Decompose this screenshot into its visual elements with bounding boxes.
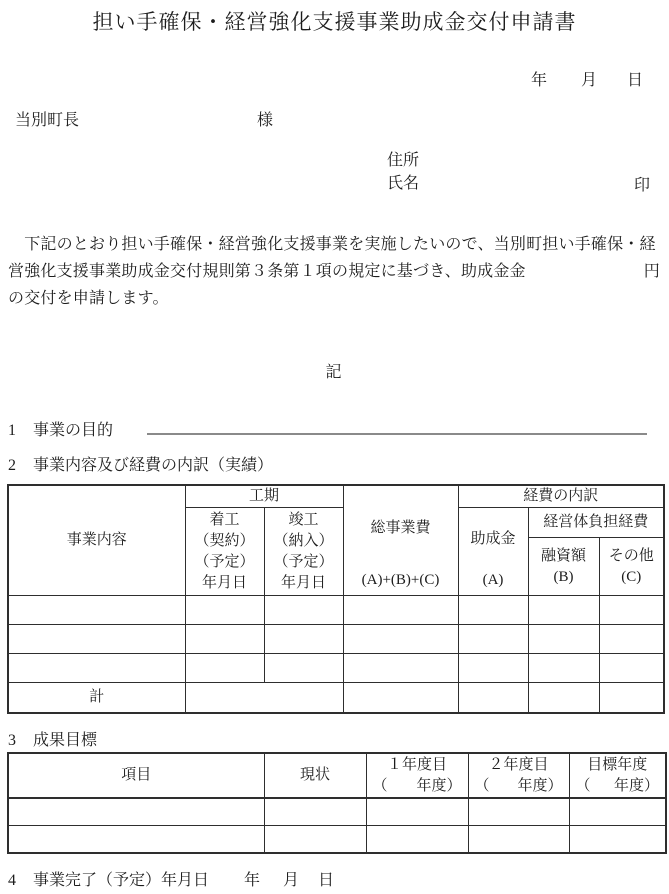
grant-code: (A) [460,570,527,591]
loan-code: (B) [530,567,598,588]
start-line-1: 着工 [187,510,263,531]
header-row-1: 事業内容 工期 総事業費 (A)+(B)+(C) 経費の内訳 [8,485,664,508]
table-row [8,625,664,654]
amount-unit-label: 円 [644,258,660,285]
other-label: その他 [601,546,663,567]
target-fiscal-blank: （ 年度） [571,776,665,797]
record-marker: 記 [0,359,669,382]
date-month-label: 月 [581,71,597,90]
other-code: (C) [601,567,663,588]
date-day-label: 日 [627,71,643,90]
header-project-description: 事業内容 [8,485,185,596]
body-line-2: 営強化支援事業助成金交付規則第３条第１項の規定に基づき、助成金金 円 [8,258,660,285]
total-cost-label: 総事業費 [345,489,457,569]
document-title: 担い手確保・経営強化支援事業助成金交付申請書 [0,6,669,36]
header-other: その他 (C) [599,538,664,596]
header-target-year: 目標年度 （ 年度） [569,753,666,798]
header-grant: 助成金 (A) [458,508,528,596]
body-line-3: の交付を申請します。 [8,285,660,312]
completion-year-label: 年 [244,871,260,890]
loan-label: 融資額 [530,546,598,567]
header-completion-date: 竣工 （納入） （予定） 年月日 [264,508,343,596]
year2-fiscal-blank: （ 年度） [470,776,568,797]
year2-label: ２年度目 [470,755,568,776]
header-operator-burden-group: 経営体負担経費 [528,508,664,538]
target-year-label: 目標年度 [571,755,665,776]
table-row [8,596,664,625]
date-year-label: 年 [531,71,547,90]
total-row-label: 計 [8,683,185,713]
outcome-target-table: 項目 現状 １年度目 （ 年度） ２年度目 （ 年度） [7,752,667,854]
outcome-header-row: 項目 現状 １年度目 （ 年度） ２年度目 （ 年度） [8,753,666,798]
header-year1: １年度目 （ 年度） [366,753,468,798]
seal-label: 印 [634,176,650,195]
section3-number: 3 [8,731,16,750]
applicant-name-label: 氏名 [387,174,419,193]
start-line-4: 年月日 [187,573,263,594]
section3-label: 成果目標 [33,731,97,750]
grant-label: 助成金 [460,511,527,569]
applicant-address-label: 住所 [387,151,419,170]
section4-label: 事業完了（予定）年月日 [33,871,209,890]
body-line-1: 下記のとおり担い手確保・経営強化支援事業を実施したいので、当別町担い手確保・経 [8,231,660,258]
year1-fiscal-blank: （ 年度） [368,776,467,797]
header-expense-breakdown-group: 経費の内訳 [458,485,664,508]
section1-label: 事業の目的 [33,421,113,440]
project-cost-table: 事業内容 工期 総事業費 (A)+(B)+(C) 経費の内訳 着工 （契約） （… [7,484,665,714]
section4-number: 4 [8,871,16,890]
section2-label: 事業内容及び経費の内訳（実績） [33,456,273,475]
end-line-1: 竣工 [266,510,342,531]
year1-label: １年度目 [368,755,467,776]
start-line-3: （予定） [187,552,263,573]
end-line-3: （予定） [266,552,342,573]
header-item: 項目 [8,753,264,798]
addressee-title: 当別町長 [15,111,79,130]
end-line-2: （納入） [266,531,342,552]
table-row [8,825,666,853]
completion-month-label: 月 [283,871,299,890]
total-cost-formula: (A)+(B)+(C) [345,570,457,591]
completion-day-label: 日 [318,871,334,890]
end-line-4: 年月日 [266,573,342,594]
section2-number: 2 [8,456,16,475]
table-row [8,798,666,825]
header-start-date: 着工 （契約） （予定） 年月日 [185,508,264,596]
application-form-page: 担い手確保・経営強化支援事業助成金交付申請書 年 月 日 当別町長 様 住所 氏… [0,0,669,894]
header-construction-period-group: 工期 [185,485,343,508]
header-loan-amount: 融資額 (B) [528,538,599,596]
header-total-cost: 総事業費 (A)+(B)+(C) [343,485,458,596]
total-row: 計 [8,683,664,713]
addressee-honorific: 様 [257,111,273,130]
body-paragraph: 下記のとおり担い手確保・経営強化支援事業を実施したいので、当別町担い手確保・経 … [8,231,660,312]
table-row [8,654,664,683]
header-current-status: 現状 [264,753,366,798]
header-year2: ２年度目 （ 年度） [468,753,569,798]
section1-number: 1 [8,421,16,440]
start-line-2: （契約） [187,531,263,552]
body-line-2-text: 営強化支援事業助成金交付規則第３条第１項の規定に基づき、助成金金 [8,258,526,285]
purpose-fill-line [147,433,647,435]
